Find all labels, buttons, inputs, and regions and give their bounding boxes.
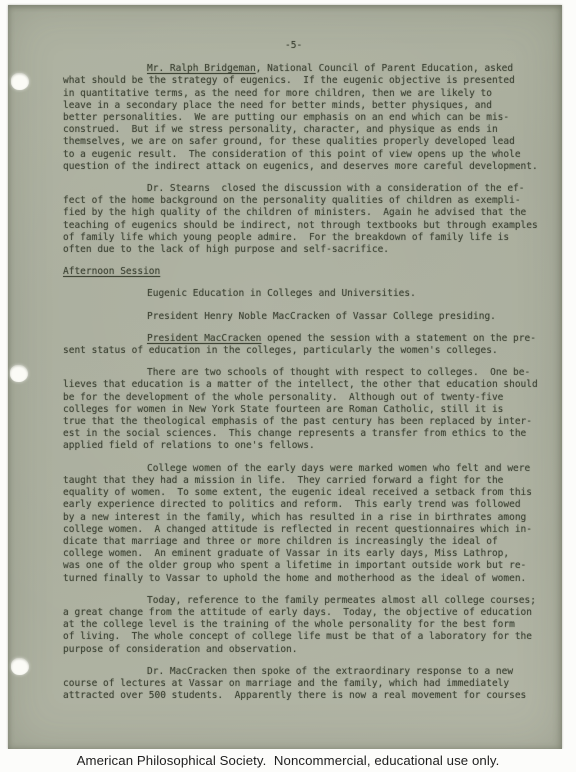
punch-hole-middle [10, 365, 28, 382]
text-line: applied field of relations to one's fell… [63, 440, 563, 452]
text-line: Dr. Stearns closed the discussion with a… [63, 183, 563, 195]
paragraph: College women of the early days were mar… [63, 463, 563, 585]
text-line: themselves, we are on safer ground, for … [63, 136, 563, 148]
text-line: sent status of education in the colleges… [63, 345, 563, 357]
text-line: taught that they had a mission in life. … [63, 475, 563, 487]
paragraph: There are two schools of thought with re… [63, 367, 563, 452]
text-line: of living. The whole concept of college … [63, 631, 563, 643]
text-line: to a eugenic result. The consideration o… [63, 149, 563, 161]
text-line: dicate that marriage and three or more c… [63, 536, 563, 548]
text-line: what should be the strategy of eugenics.… [63, 75, 563, 87]
text-line: Eugenic Education in Colleges and Univer… [63, 288, 563, 300]
text-line: construed. But if we stress personality,… [63, 124, 563, 136]
typewritten-text: -5- Mr. Ralph Bridgeman, National Counci… [63, 40, 563, 702]
paragraph: President Henry Noble MacCracken of Vass… [63, 311, 563, 323]
text-line: fied by the high quality of the children… [63, 207, 563, 219]
text-line: college women. A changed attitude is ref… [63, 524, 563, 536]
punch-hole-top [11, 73, 29, 90]
page-number: -5- [63, 40, 563, 52]
text-line: colleges for women in New York State fou… [63, 404, 563, 416]
text-line: Afternoon Session [63, 266, 563, 278]
text-line: College women of the early days were mar… [63, 463, 563, 475]
text-line: President MacCracken opened the session … [63, 333, 563, 345]
text-line: course of lectures at Vassar on marriage… [63, 678, 563, 690]
text-line: fect of the home background on the perso… [63, 195, 563, 207]
copyright-notice: American Philosophical Society. Noncomme… [77, 753, 500, 768]
punch-hole-bottom [11, 658, 29, 675]
text-line: true that the theological emphasis of th… [63, 416, 563, 428]
text-line: of family life which young people admire… [63, 232, 563, 244]
text-line: often due to the lack of high purpose an… [63, 244, 563, 256]
text-line: was one of the older group who spent a l… [63, 560, 563, 572]
text-line: Mr. Ralph Bridgeman, National Council of… [63, 63, 563, 75]
text-line: better personalities. We are putting our… [63, 112, 563, 124]
page-body: Mr. Ralph Bridgeman, National Council of… [63, 63, 563, 702]
text-line: at the college level is the training of … [63, 619, 563, 631]
text-line: Today, reference to the family permeates… [63, 595, 563, 607]
text-line: Dr. MacCracken then spoke of the extraor… [63, 666, 563, 678]
scanned-page: -5- Mr. Ralph Bridgeman, National Counci… [8, 5, 562, 749]
text-line: be for the development of the whole pers… [63, 392, 563, 404]
paragraph: Dr. MacCracken then spoke of the extraor… [63, 666, 563, 703]
text-line: in quantitative terms, as the need for m… [63, 88, 563, 100]
text-line: lieves that education is a matter of the… [63, 379, 563, 391]
text-line: by a new interest in the family, which h… [63, 512, 563, 524]
paragraph: President MacCracken opened the session … [63, 333, 563, 357]
paragraph: Eugenic Education in Colleges and Univer… [63, 288, 563, 300]
text-line: turned finally to Vassar to uphold the h… [63, 573, 563, 585]
text-line: teaching of eugenics should be indirect,… [63, 220, 563, 232]
text-line: leave in a secondary place the need for … [63, 100, 563, 112]
text-line: college women. An eminent graduate of Va… [63, 548, 563, 560]
text-line: est in the social sciences. This change … [63, 428, 563, 440]
text-line: equality of women. To some extent, the e… [63, 487, 563, 499]
text-line: early experience directed to politics an… [63, 499, 563, 511]
text-line: President Henry Noble MacCracken of Vass… [63, 311, 563, 323]
paragraph: Mr. Ralph Bridgeman, National Council of… [63, 63, 563, 173]
text-line: purpose of consideration and observation… [63, 644, 563, 656]
section-heading: Afternoon Session [63, 266, 563, 278]
text-line: attracted over 500 students. Apparently … [63, 690, 563, 702]
footer-band: American Philosophical Society. Noncomme… [0, 749, 576, 772]
text-line: There are two schools of thought with re… [63, 367, 563, 379]
paragraph: Today, reference to the family permeates… [63, 595, 563, 656]
text-line: question of the indirect attack on eugen… [63, 161, 563, 173]
paragraph: Dr. Stearns closed the discussion with a… [63, 183, 563, 256]
text-line: a great change from the attitude of earl… [63, 607, 563, 619]
